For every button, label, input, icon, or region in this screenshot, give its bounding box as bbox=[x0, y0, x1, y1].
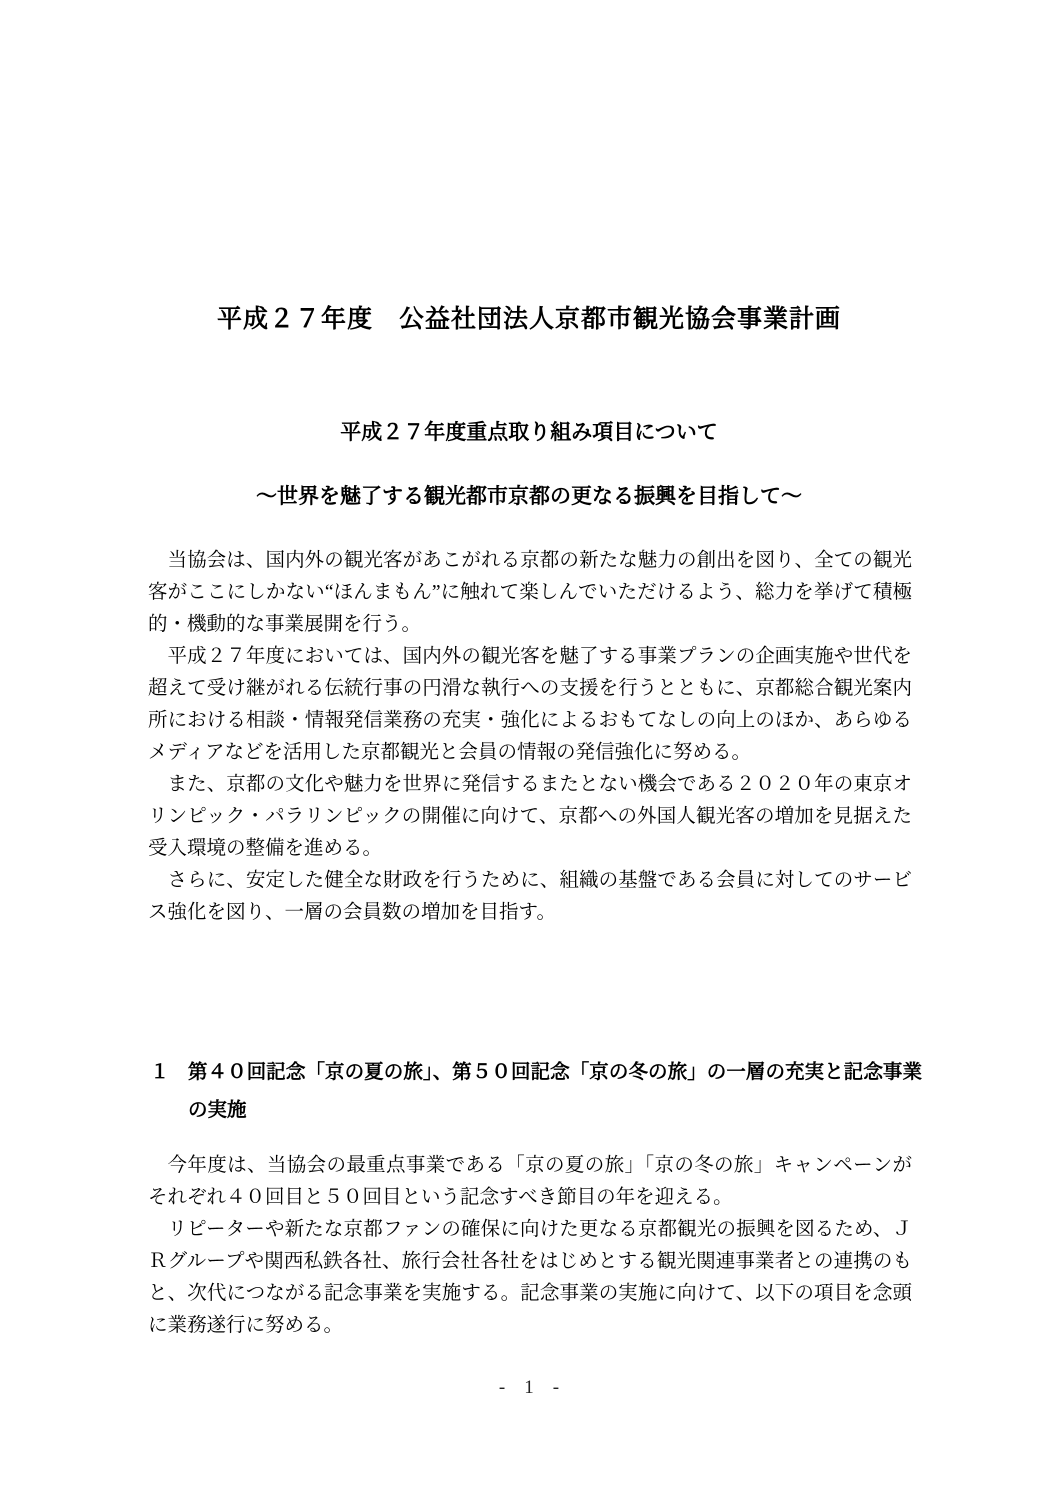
slogan-heading: ～世界を魅了する観光都市京都の更なる振興を目指して～ bbox=[0, 482, 1058, 512]
intro-paragraph: 平成２７年度においては、国内外の観光客を魅了する事業プランの企画実施や世代を超え… bbox=[148, 641, 912, 769]
focus-items-heading: 平成２７年度重点取り組み項目について bbox=[0, 418, 1058, 448]
page-number: - 1 - bbox=[0, 1376, 1058, 1400]
section-1-title: 第４０回記念「京の夏の旅」、第５０回記念「京の冬の旅」の一層の充実と記念事業の実… bbox=[188, 1053, 922, 1129]
section-1-paragraphs: 今年度は、当協会の最重点事業である「京の夏の旅」「京の冬の旅」キャンペーンがそれ… bbox=[148, 1150, 912, 1342]
intro-paragraphs: 当協会は、国内外の観光客があこがれる京都の新たな魅力の創出を図り、全ての観光客が… bbox=[148, 545, 912, 929]
document-title: 平成２７年度 公益社団法人京都市観光協会事業計画 bbox=[0, 302, 1058, 336]
section-1-paragraph: 今年度は、当協会の最重点事業である「京の夏の旅」「京の冬の旅」キャンペーンがそれ… bbox=[148, 1150, 912, 1214]
section-1-number: １ bbox=[150, 1053, 188, 1129]
intro-paragraph: さらに、安定した健全な財政を行うために、組織の基盤である会員に対してのサービス強… bbox=[148, 865, 912, 929]
intro-paragraph: また、京都の文化や魅力を世界に発信するまたとない機会である２０２０年の東京オリン… bbox=[148, 769, 912, 865]
intro-paragraph: 当協会は、国内外の観光客があこがれる京都の新たな魅力の創出を図り、全ての観光客が… bbox=[148, 545, 912, 641]
section-1-paragraph: リピーターや新たな京都ファンの確保に向けた更なる京都観光の振興を図るため、ＪＲグ… bbox=[148, 1214, 912, 1342]
section-1-heading: １ 第４０回記念「京の夏の旅」、第５０回記念「京の冬の旅」の一層の充実と記念事業… bbox=[150, 1053, 922, 1129]
document-page: 平成２７年度 公益社団法人京都市観光協会事業計画 平成２７年度重点取り組み項目に… bbox=[0, 0, 1058, 1497]
